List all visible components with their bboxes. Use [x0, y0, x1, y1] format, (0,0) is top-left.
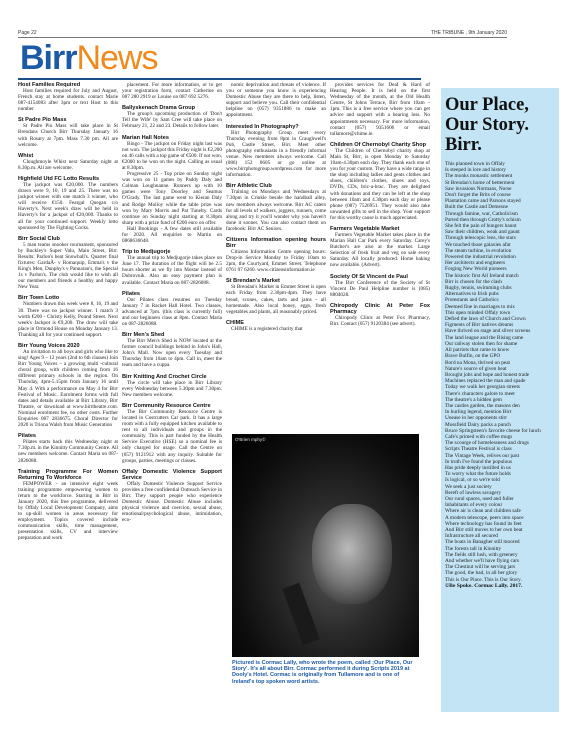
article-body: Offaly Domestic Violence Support Service…	[122, 481, 222, 524]
photo-caption: Pictured is Cormac Lally, who wrote the …	[232, 660, 419, 685]
poem-lines: This planned town in OffalyIs steeped in…	[445, 161, 555, 583]
article-heading: Citizens Information opening hours Birr	[226, 237, 326, 249]
article-body: St Brendan's Market in Emmet Street is o…	[226, 284, 326, 314]
article-body: provides services for Deaf & Hard of Hea…	[330, 82, 430, 137]
paper-date: THE TRIBUNE , 9th January 2020	[431, 30, 507, 36]
article-body: placement. For more information, or to g…	[122, 82, 222, 100]
article-body: 5 man teams snooker tournament, sponsore…	[18, 242, 118, 291]
page-number: Page 22	[18, 30, 37, 36]
article-body: Progressive 25 - Top prize on Sunday nig…	[122, 171, 222, 226]
article-body: The Birr Community Resource Centre is lo…	[122, 409, 222, 464]
article-heading: Children Of Chernobyl Charity Shop	[330, 142, 430, 148]
article-heading: Chiropody Clinic At Peter Fox Pharmacy	[330, 303, 430, 315]
article-body: Hall Bookings - A few dates still availa…	[122, 226, 222, 244]
cormac-lally-photo: O'Brien mphy©	[232, 434, 419, 657]
microphone	[282, 583, 319, 646]
column-2: placement. For more information, or to g…	[122, 82, 222, 523]
photo-credit: O'Brien mphy©	[235, 437, 265, 442]
masthead: BirrNews	[20, 38, 158, 78]
article-heading: Birr Community Resource Centre	[122, 403, 222, 409]
masthead-birr: Birr	[20, 39, 76, 77]
article-body: Host families required for July and Augu…	[18, 88, 118, 112]
masthead-rule	[18, 78, 421, 80]
article-body: The Birr Conference of the Society of St…	[330, 280, 430, 298]
article-body: CHIME is a registered charity that	[226, 326, 326, 332]
article-body: An invitation to all boys and girls who …	[18, 349, 118, 428]
poem-box: Our Place, Our Story. Birr. This planned…	[441, 88, 559, 712]
article-body: Pilates starts back this Wednesday night…	[18, 439, 118, 463]
article-body: The Birr Men's Shed is NOW located at th…	[122, 338, 222, 368]
article-body: Farmers Vegetable Market takes place in …	[330, 232, 430, 269]
article-body: Chiropody Clinic at Peter Fox Pharmacy, …	[330, 315, 430, 327]
article-body: Citizens Information Centre opening hour…	[226, 249, 326, 273]
article-body: The circle will take place in Birr Libra…	[122, 380, 222, 398]
article-body: The jackpot was €20,000. The numbers dra…	[18, 182, 118, 231]
portrait-face	[312, 504, 392, 604]
poem-signature: ©Be Spoke. Cormac Lally. 2017.	[445, 583, 555, 590]
article-body: Bingo - The jackpot on Friday night last…	[122, 141, 222, 171]
column-3: nomic deprivation and threats of violenc…	[226, 82, 326, 332]
article-heading: Training Programme For Women Returning T…	[18, 469, 118, 481]
article-body: The annual trip to Medjugorje takes plac…	[122, 255, 222, 285]
article-body: Training on Mondays and Wednesdays at 7.…	[226, 189, 326, 232]
article-body: The Children of Chernobyl charity shop a…	[330, 148, 430, 221]
article-body: Cloughmoyle Whist next Saturday night at…	[18, 159, 118, 171]
article-body: St Padre Pio Mass will take place in St …	[18, 123, 118, 147]
article-body: Birr Photography Group meet every Thursd…	[226, 130, 326, 179]
article-body: nomic deprivation and threats of violenc…	[226, 82, 326, 119]
masthead-news: News	[76, 39, 157, 77]
article-heading: Offaly Domestic Violence Support Service	[122, 469, 222, 481]
article-body: Our Pilates class resumes on Tuesday Jan…	[122, 297, 222, 327]
column-1: Host Families RequiredHost families requ…	[18, 82, 118, 542]
article-body: Numbers drawn this week were 8, 16, 19 a…	[18, 301, 118, 338]
article-body: FEMPOWER - an intensive eight week train…	[18, 481, 118, 542]
article-body: The group's upcoming production of 'Don'…	[122, 111, 222, 129]
poem-title: Our Place, Our Story. Birr.	[445, 95, 555, 155]
column-4: provides services for Deaf & Hard of Hea…	[330, 82, 430, 327]
